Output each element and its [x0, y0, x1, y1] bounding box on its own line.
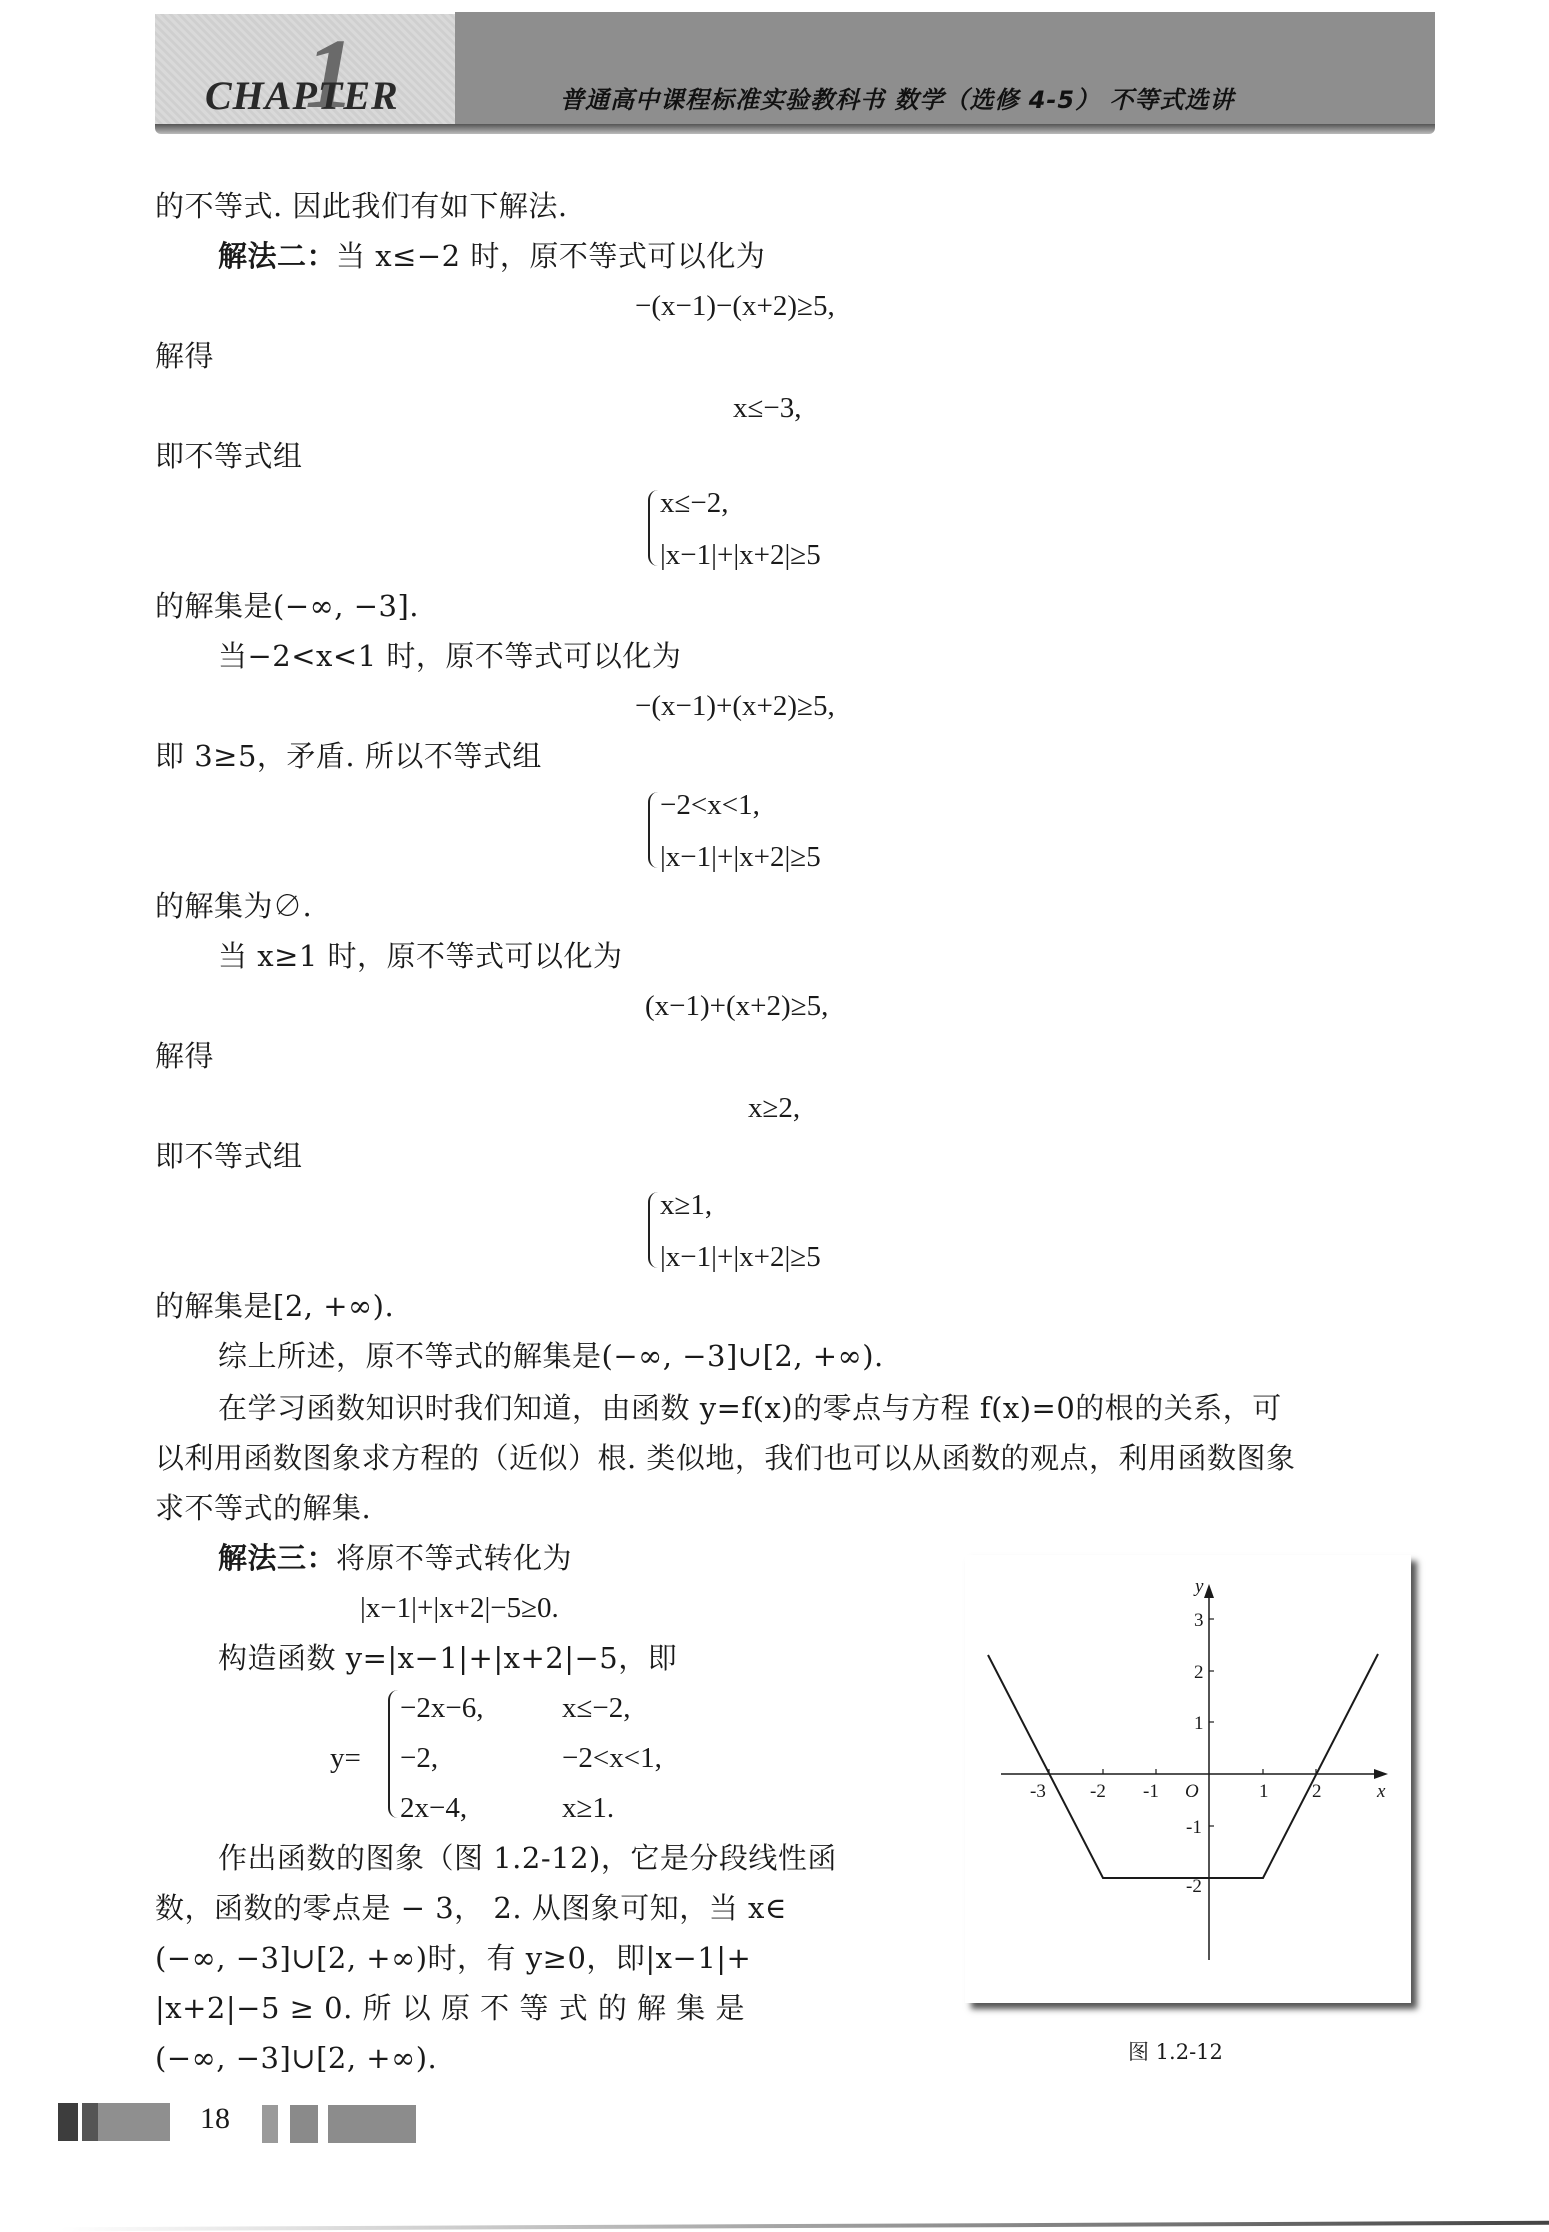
paragraph-line: 数，函数的零点是 − 3， 2. 从图象可知，当 x∈ [155, 1890, 787, 1926]
method-three-label: 解法三： [218, 1541, 336, 1575]
x-tick-label: -2 [1090, 1781, 1106, 1802]
method-two-intro: 当 x≤−2 时，原不等式可以化为 [336, 239, 765, 273]
text-line: 即不等式组 [155, 438, 303, 474]
footer-block [262, 2105, 278, 2143]
x-tick-label: 2 [1312, 1781, 1322, 1802]
system-row: x≤−2, [660, 485, 729, 521]
system-row: −2<x<1, [660, 787, 760, 823]
piecewise-expr: 2x−4, [400, 1790, 467, 1826]
y-tick-label: 2 [1194, 1662, 1204, 1683]
y-axis-label: y [1193, 1576, 1204, 1597]
footer-block [328, 2105, 416, 2143]
method-three-intro: 将原不等式转化为 [336, 1541, 572, 1575]
text-line: 的解集为∅. [155, 888, 312, 924]
y-tick-label: 1 [1194, 1713, 1204, 1734]
piecewise-brace [388, 1690, 400, 1818]
piecewise-cond: −2<x<1, [562, 1740, 662, 1776]
equation: −(x−1)+(x+2)≥5, [635, 688, 835, 724]
origin-label: O [1185, 1781, 1199, 1802]
book-title: 普通高中课程标准实验教科书 数学（选修 4-5） 不等式选讲 [560, 80, 1234, 115]
paragraph-line: 以利用函数图象求方程的（近似）根. 类似地，我们也可以从函数的观点，利用函数图象 [155, 1440, 1295, 1476]
paragraph-line: (−∞, −3]∪[2, +∞)时，有 y≥0，即|x−1|+ [155, 1940, 751, 1976]
equation: x≥2, [748, 1090, 800, 1126]
text-line: 即不等式组 [155, 1138, 303, 1174]
page-number: 18 [200, 2102, 230, 2136]
equation: x≤−3, [733, 390, 802, 426]
paragraph-line: (−∞, −3]∪[2, +∞). [155, 2040, 437, 2076]
paragraph-line: 作出函数的图象（图 1.2-12)，它是分段线性函 [218, 1840, 837, 1876]
equation: (x−1)+(x+2)≥5, [645, 988, 828, 1024]
piecewise-lhs: y= [330, 1740, 361, 1776]
system-row: |x−1|+|x+2|≥5 [660, 537, 821, 573]
method-two-label: 解法二： [218, 239, 336, 273]
text-line: 的解集是[2, +∞). [155, 1288, 394, 1324]
text-line: 的解集是(−∞, −3]. [155, 588, 419, 624]
paragraph-line: |x+2|−5 ≥ 0. 所 以 原 不 等 式 的 解 集 是 [155, 1990, 745, 2026]
piecewise-cond: x≤−2, [562, 1690, 631, 1726]
footer-block [98, 2103, 170, 2141]
y-tick-label: -1 [1186, 1817, 1202, 1838]
method-three-line: 解法三：将原不等式转化为 [218, 1540, 572, 1576]
system-brace [648, 490, 658, 566]
y-tick-label: -2 [1186, 1876, 1202, 1897]
equation: −(x−1)−(x+2)≥5, [635, 288, 835, 324]
chapter-label: CHAPTER [205, 72, 399, 119]
method-two-line: 解法二：当 x≤−2 时，原不等式可以化为 [218, 238, 765, 274]
text-line: 的不等式. 因此我们有如下解法. [155, 188, 568, 224]
text-line: 解得 [155, 1038, 214, 1074]
x-tick-label: -3 [1030, 1781, 1046, 1802]
page-edge-shadow [60, 2221, 1549, 2231]
text-line: 当 x≥1 时，原不等式可以化为 [218, 938, 623, 974]
x-tick-label: 1 [1259, 1781, 1269, 1802]
equation: |x−1|+|x+2|−5≥0. [360, 1590, 559, 1626]
text-line: 解得 [155, 338, 214, 374]
system-brace [648, 1192, 658, 1268]
system-row: |x−1|+|x+2|≥5 [660, 1239, 821, 1275]
piecewise-expr: −2x−6, [400, 1690, 483, 1726]
function-graph: -3 -2 -1 1 2 O x y 3 2 1 -1 -2 [965, 1555, 1411, 2003]
footer-block [82, 2103, 98, 2141]
paragraph-line: 在学习函数知识时我们知道，由函数 y=f(x)的零点与方程 f(x)=0的根的关… [218, 1390, 1282, 1426]
chapter-header: 1 CHAPTER 普通高中课程标准实验教科书 数学（选修 4-5） 不等式选讲 [155, 10, 1435, 128]
summary-line: 综上所述，原不等式的解集是(−∞, −3]∪[2, +∞). [218, 1338, 884, 1374]
figure-caption: 图 1.2-12 [1128, 2036, 1223, 2066]
system-brace [648, 792, 658, 868]
paragraph-line: 求不等式的解集. [155, 1490, 371, 1526]
piecewise-cond: x≥1. [562, 1790, 614, 1826]
text-line: 构造函数 y=|x−1|+|x+2|−5，即 [218, 1640, 677, 1676]
text-line: 即 3≥5，矛盾. 所以不等式组 [155, 738, 542, 774]
x-axis-label: x [1376, 1781, 1386, 1802]
piecewise-expr: −2, [400, 1740, 438, 1776]
footer-block [58, 2103, 78, 2141]
y-tick-label: 3 [1194, 1610, 1204, 1631]
system-row: |x−1|+|x+2|≥5 [660, 839, 821, 875]
system-row: x≥1, [660, 1187, 712, 1223]
footer-block [290, 2105, 318, 2143]
x-tick-label: -1 [1143, 1781, 1159, 1802]
text-line: 当−2<x<1 时，原不等式可以化为 [218, 638, 681, 674]
